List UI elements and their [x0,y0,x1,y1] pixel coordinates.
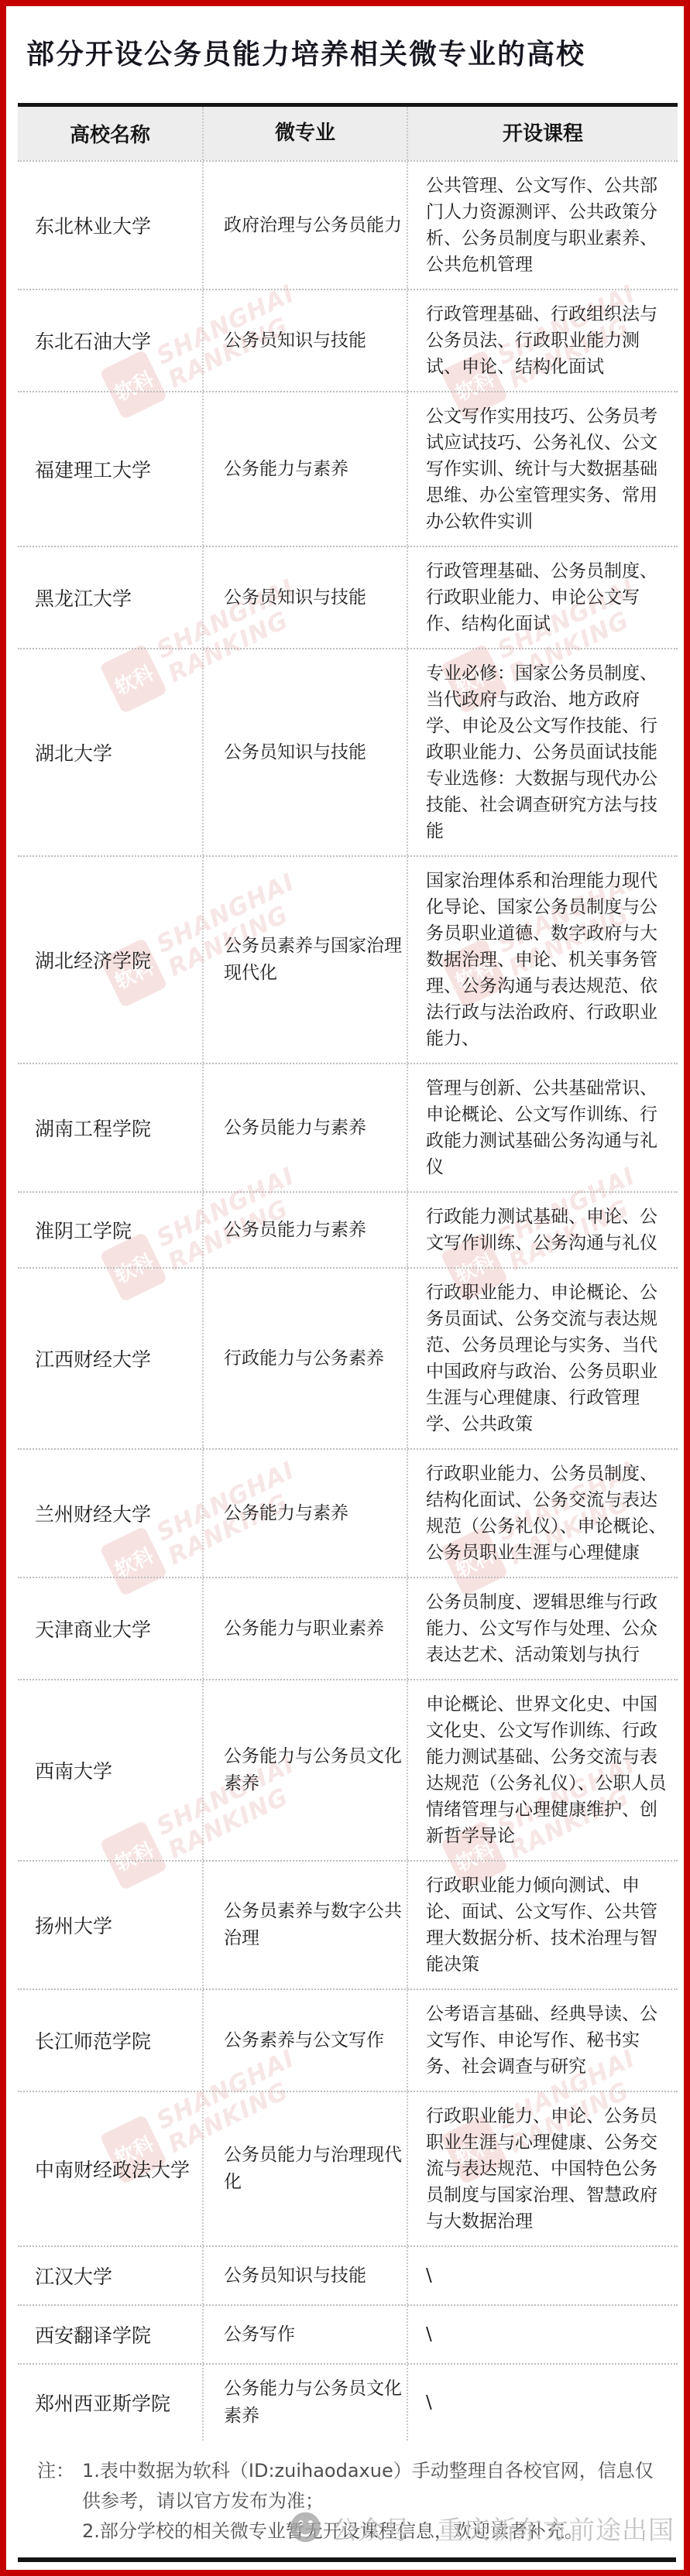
cell-university: 天津商业大学 [18,1578,202,1679]
table-row: 湖南工程学院 公务员能力与素养 管理与创新、公共基础常识、申论概论、公文写作训练… [18,1063,678,1191]
cell-university: 江西财经大学 [18,1269,202,1448]
notes: 注： 1.表中数据为软科（ID:zuihaodaxue）手动整理自各校官网，信息… [18,2451,678,2550]
cell-courses: 公文写作实用技巧、公务员考试应试技巧、公务礼仪、公文写作实训、统计与大数据基础思… [407,392,678,546]
table-row: 东北林业大学 政府治理与公务员能力 公共管理、公文写作、公共部门人力资源测评、公… [18,160,678,289]
cell-university: 东北石油大学 [18,290,202,391]
cell-courses: 专业必修：国家公务员制度、当代政府与政治、地方政府学、申论及公文写作技能、行政职… [407,649,678,855]
table-row: 中南财经政法大学 公务员能力与治理现代化 行政职业能力、申论、公务员职业生涯与心… [18,2091,678,2245]
bottom-rule [18,2557,676,2562]
cell-program: 公务能力与素养 [202,1450,407,1577]
cell-courses: 公考语言基础、经典导读、公文写作、申论写作、秘书实务、社会调查与研究 [407,1990,678,2091]
cell-courses: 国家治理体系和治理能力现代化导论、国家公务员制度与公务员职业道德、数字政府与大数… [407,857,678,1063]
cell-program: 公务员素养与数字公共治理 [202,1862,407,1989]
cell-university: 湖南工程学院 [18,1064,202,1191]
cell-courses: 管理与创新、公共基础常识、申论概论、公文写作训练、行政能力测试基础公务沟通与礼仪 [407,1064,678,1191]
cell-program: 公务员知识与技能 [202,290,407,391]
cell-program: 公务员知识与技能 [202,547,407,648]
cell-university: 黑龙江大学 [18,547,202,648]
cell-program: 公务能力与素养 [202,392,407,546]
cell-courses: 申论概论、世界文化史、中国文化史、公文写作训练、行政能力测试基础、公务交流与表达… [407,1680,678,1860]
table-row: 江汉大学 公务员知识与技能 \ [18,2245,678,2304]
note-prefix: 注： [37,2456,82,2547]
cell-courses: \ [407,2247,678,2304]
cell-program: 公务素养与公文写作 [202,1990,407,2091]
cell-university: 湖北大学 [18,649,202,855]
table-row: 天津商业大学 公务能力与职业素养 公务员制度、逻辑思维与行政能力、公文写作与处理… [18,1577,678,1679]
table-row: 扬州大学 公务员素养与数字公共治理 行政职业能力倾向测试、申论、面试、公文写作、… [18,1860,678,1989]
cell-university: 湖北经济学院 [18,857,202,1063]
cell-program: 公务员能力与素养 [202,1193,407,1267]
note-item: 2.部分学校的相关微专业暂无开设课程信息，欢迎读者补充。 [82,2516,671,2547]
data-table: 高校名称 微专业 开设课程 东北林业大学 政府治理与公务员能力 公共管理、公文写… [18,103,678,2441]
table-row: 兰州财经大学 公务能力与素养 行政职业能力、公务员制度、结构化面试、公务交流与表… [18,1448,678,1577]
table-row: 淮阴工学院 公务员能力与素养 行政能力测试基础、申论、公文写作训练、公务沟通与礼… [18,1191,678,1267]
page-title: 部分开设公务员能力培养相关微专业的高校 [6,6,684,72]
cell-program: 行政能力与公务素养 [202,1269,407,1448]
cell-program: 公务写作 [202,2306,407,2363]
cell-program: 公务员能力与素养 [202,1064,407,1191]
note-item: 1.表中数据为软科（ID:zuihaodaxue）手动整理自各校官网，信息仅供参… [82,2456,671,2516]
cell-courses: \ [407,2306,678,2363]
table-row: 西南大学 公务能力与公务员文化素养 申论概论、世界文化史、中国文化史、公文写作训… [18,1679,678,1860]
cell-program: 公务员素养与国家治理现代化 [202,857,407,1063]
cell-university: 中南财经政法大学 [18,2092,202,2245]
cell-courses: 行政职业能力、公务员制度、结构化面试、公务交流与表达规范（公务礼仪）、申论概论、… [407,1450,678,1577]
header-cell-program: 微专业 [202,107,407,160]
cell-university: 江汉大学 [18,2247,202,2304]
cell-program: 公务能力与公务员文化素养 [202,2365,407,2441]
cell-courses: 行政管理基础、行政组织法与公务员法、行政职业能力测试、申论、结构化面试 [407,290,678,391]
table-row: 湖北经济学院 公务员素养与国家治理现代化 国家治理体系和治理能力现代化导论、国家… [18,855,678,1063]
cell-university: 西南大学 [18,1680,202,1860]
table-row: 长江师范学院 公务素养与公文写作 公考语言基础、经典导读、公文写作、申论写作、秘… [18,1989,678,2091]
infographic-frame: 软科 SHANGHAI RANKING 软科 SHANGHAI RANKING … [0,0,690,2576]
cell-courses: 公共管理、公文写作、公共部门人力资源测评、公共政策分析、公务员制度与职业素养、公… [407,162,678,289]
cell-university: 东北林业大学 [18,162,202,289]
table-row: 黑龙江大学 公务员知识与技能 行政管理基础、公务员制度、行政职业能力、申论公文写… [18,546,678,648]
table-row: 东北石油大学 公务员知识与技能 行政管理基础、行政组织法与公务员法、行政职业能力… [18,289,678,391]
table-row: 福建理工大学 公务能力与素养 公文写作实用技巧、公务员考试应试技巧、公务礼仪、公… [18,391,678,546]
cell-courses: 行政职业能力倾向测试、申论、面试、公文写作、公共管理大数据分析、技术治理与智能决… [407,1862,678,1989]
cell-courses: 行政职业能力、申论、公务员职业生涯与心理健康、公务交流与表达规范、中国特色公务员… [407,2092,678,2245]
cell-program: 公务能力与公务员文化素养 [202,1680,407,1860]
cell-university: 淮阴工学院 [18,1193,202,1267]
cell-program: 公务员能力与治理现代化 [202,2092,407,2245]
cell-courses: 行政职业能力、申论概论、公务员面试、公务交流与表达规范、公务员理论与实务、当代中… [407,1269,678,1448]
table-row: 西安翻译学院 公务写作 \ [18,2304,678,2363]
cell-university: 长江师范学院 [18,1990,202,2091]
header-cell-university: 高校名称 [18,107,202,160]
cell-courses: 公务员制度、逻辑思维与行政能力、公文写作与处理、公众表达艺术、活动策划与执行 [407,1578,678,1679]
table-header: 高校名称 微专业 开设课程 [18,107,678,160]
cell-courses: 行政管理基础、公务员制度、行政职业能力、申论公文写作、结构化面试 [407,547,678,648]
table-row: 湖北大学 公务员知识与技能 专业必修：国家公务员制度、当代政府与政治、地方政府学… [18,648,678,855]
cell-courses: 行政能力测试基础、申论、公文写作训练、公务沟通与礼仪 [407,1193,678,1267]
cell-university: 福建理工大学 [18,392,202,546]
header-cell-courses: 开设课程 [407,107,678,160]
cell-university: 扬州大学 [18,1862,202,1989]
cell-program: 公务员知识与技能 [202,2247,407,2304]
cell-program: 政府治理与公务员能力 [202,162,407,289]
cell-university: 西安翻译学院 [18,2306,202,2363]
table-row: 郑州西亚斯学院 公务能力与公务员文化素养 \ [18,2363,678,2441]
cell-university: 郑州西亚斯学院 [18,2365,202,2441]
cell-program: 公务员知识与技能 [202,649,407,855]
cell-program: 公务能力与职业素养 [202,1578,407,1679]
cell-university: 兰州财经大学 [18,1450,202,1577]
table-row: 江西财经大学 行政能力与公务素养 行政职业能力、申论概论、公务员面试、公务交流与… [18,1267,678,1448]
cell-courses: \ [407,2365,678,2441]
note-body: 1.表中数据为软科（ID:zuihaodaxue）手动整理自各校官网，信息仅供参… [82,2456,671,2547]
